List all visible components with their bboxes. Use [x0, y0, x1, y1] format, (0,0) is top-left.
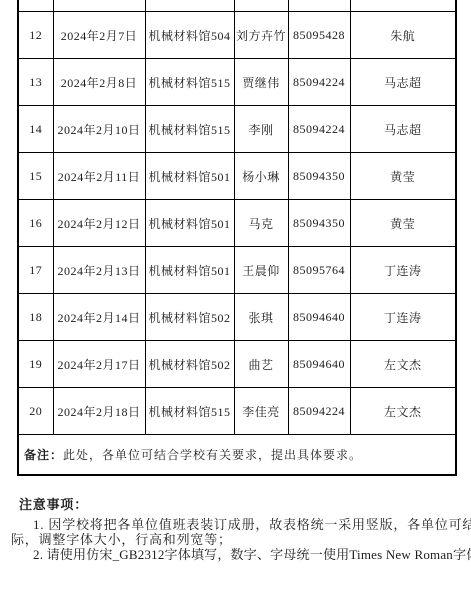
cell-date: 2024年2月8日 [53, 59, 145, 106]
remark-row: 备注：此处，各单位可结合学校有关要求，提出具体要求。 [18, 435, 456, 476]
cell-row-number: 15 [18, 153, 53, 200]
cell-duty-person: 刘方卉竹 [234, 12, 288, 59]
cell-date: 2024年2月11日 [53, 153, 145, 200]
cell-location: 机械材料馆501 [145, 200, 234, 247]
cell-date: 2024年2月17日 [53, 341, 145, 388]
cell-duty-person: 李佳亮 [234, 388, 288, 435]
table-row: 12 2024年2月7日 机械材料馆504 刘方卉竹 85095428 朱航 [18, 12, 456, 59]
cell-location: 机械材料馆515 [145, 106, 234, 153]
duty-roster-table: 12 2024年2月7日 机械材料馆504 刘方卉竹 85095428 朱航 1… [17, 0, 457, 476]
cell-phone: 85095764 [288, 247, 350, 294]
cell-location: 机械材料馆501 [145, 153, 234, 200]
remark-label: 备注： [24, 448, 63, 462]
cell-row-number: 12 [18, 12, 53, 59]
cell-date: 2024年2月18日 [53, 388, 145, 435]
cell-duty-person: 王晨仰 [234, 247, 288, 294]
notes-title: 注意事项： [19, 497, 471, 512]
table-row: 15 2024年2月11日 机械材料馆501 杨小琳 85094350 黄莹 [18, 153, 456, 200]
cell-location: 机械材料馆502 [145, 294, 234, 341]
cell-date: 2024年2月13日 [53, 247, 145, 294]
note-item-1-line-1: 1. 因学校将把各单位值班表装订成册，故表格统一采用竖版，各单位可结合实 [33, 517, 471, 532]
cell-leader: 朱航 [350, 12, 456, 59]
cell-row-number: 19 [18, 341, 53, 388]
cell-leader: 左文杰 [350, 388, 456, 435]
cell-date: 2024年2月12日 [53, 200, 145, 247]
cell-leader: 马志超 [350, 59, 456, 106]
cell-leader: 丁连涛 [350, 247, 456, 294]
cell-duty-person: 曲艺 [234, 341, 288, 388]
cell-leader: 丁连涛 [350, 294, 456, 341]
cell-leader: 黄莹 [350, 200, 456, 247]
cell-leader: 马志超 [350, 106, 456, 153]
cell-location: 机械材料馆515 [145, 59, 234, 106]
cell-row-number: 18 [18, 294, 53, 341]
remark-cell: 备注：此处，各单位可结合学校有关要求，提出具体要求。 [18, 435, 456, 476]
cell-phone: 85094350 [288, 200, 350, 247]
cell-location: 机械材料馆515 [145, 388, 234, 435]
table-row: 16 2024年2月12日 机械材料馆501 马克 85094350 黄莹 [18, 200, 456, 247]
table-row: 13 2024年2月8日 机械材料馆515 贾继伟 85094224 马志超 [18, 59, 456, 106]
cell-location: 机械材料馆502 [145, 341, 234, 388]
cell-location: 机械材料馆501 [145, 247, 234, 294]
cell-phone: 85094350 [288, 153, 350, 200]
table-row: 18 2024年2月14日 机械材料馆502 张琪 85094640 丁连涛 [18, 294, 456, 341]
cell-leader: 黄莹 [350, 153, 456, 200]
cell-date: 2024年2月10日 [53, 106, 145, 153]
document-page: 12 2024年2月7日 机械材料馆504 刘方卉竹 85095428 朱航 1… [0, 0, 471, 595]
cell-phone: 85094224 [288, 106, 350, 153]
cell-phone: 85094640 [288, 294, 350, 341]
cell-duty-person: 杨小琳 [234, 153, 288, 200]
cell-date: 2024年2月7日 [53, 12, 145, 59]
cell-duty-person: 马克 [234, 200, 288, 247]
cell-row-number: 16 [18, 200, 53, 247]
cell-date: 2024年2月14日 [53, 294, 145, 341]
table-row: 19 2024年2月17日 机械材料馆502 曲艺 85094640 左文杰 [18, 341, 456, 388]
cell-phone: 85095428 [288, 12, 350, 59]
note-item-2: 2. 请使用仿宋_GB2312字体填写，数字、字母统一使用Times New R… [33, 547, 471, 562]
cell-phone: 85094224 [288, 388, 350, 435]
cell-duty-person: 李刚 [234, 106, 288, 153]
cell-phone: 85094640 [288, 341, 350, 388]
cell-phone: 85094224 [288, 59, 350, 106]
cell-row-number: 17 [18, 247, 53, 294]
cell-row-number: 14 [18, 106, 53, 153]
notes-section: 注意事项： 1. 因学校将把各单位值班表装订成册，故表格统一采用竖版，各单位可结… [0, 497, 471, 562]
note-item-1-line-2: 际，调整字体大小，行高和列宽等； [11, 532, 471, 547]
cell-row-number: 20 [18, 388, 53, 435]
remark-text: 此处，各单位可结合学校有关要求，提出具体要求。 [63, 448, 362, 462]
cell-duty-person: 贾继伟 [234, 59, 288, 106]
cell-duty-person: 张琪 [234, 294, 288, 341]
cell-leader: 左文杰 [350, 341, 456, 388]
cell-row-number: 13 [18, 59, 53, 106]
table-row: 20 2024年2月18日 机械材料馆515 李佳亮 85094224 左文杰 [18, 388, 456, 435]
cell-location: 机械材料馆504 [145, 12, 234, 59]
table-row: 17 2024年2月13日 机械材料馆501 王晨仰 85095764 丁连涛 [18, 247, 456, 294]
roster-body: 12 2024年2月7日 机械材料馆504 刘方卉竹 85095428 朱航 1… [18, 0, 456, 475]
cropped-previous-row [18, 0, 456, 12]
table-row: 14 2024年2月10日 机械材料馆515 李刚 85094224 马志超 [18, 106, 456, 153]
